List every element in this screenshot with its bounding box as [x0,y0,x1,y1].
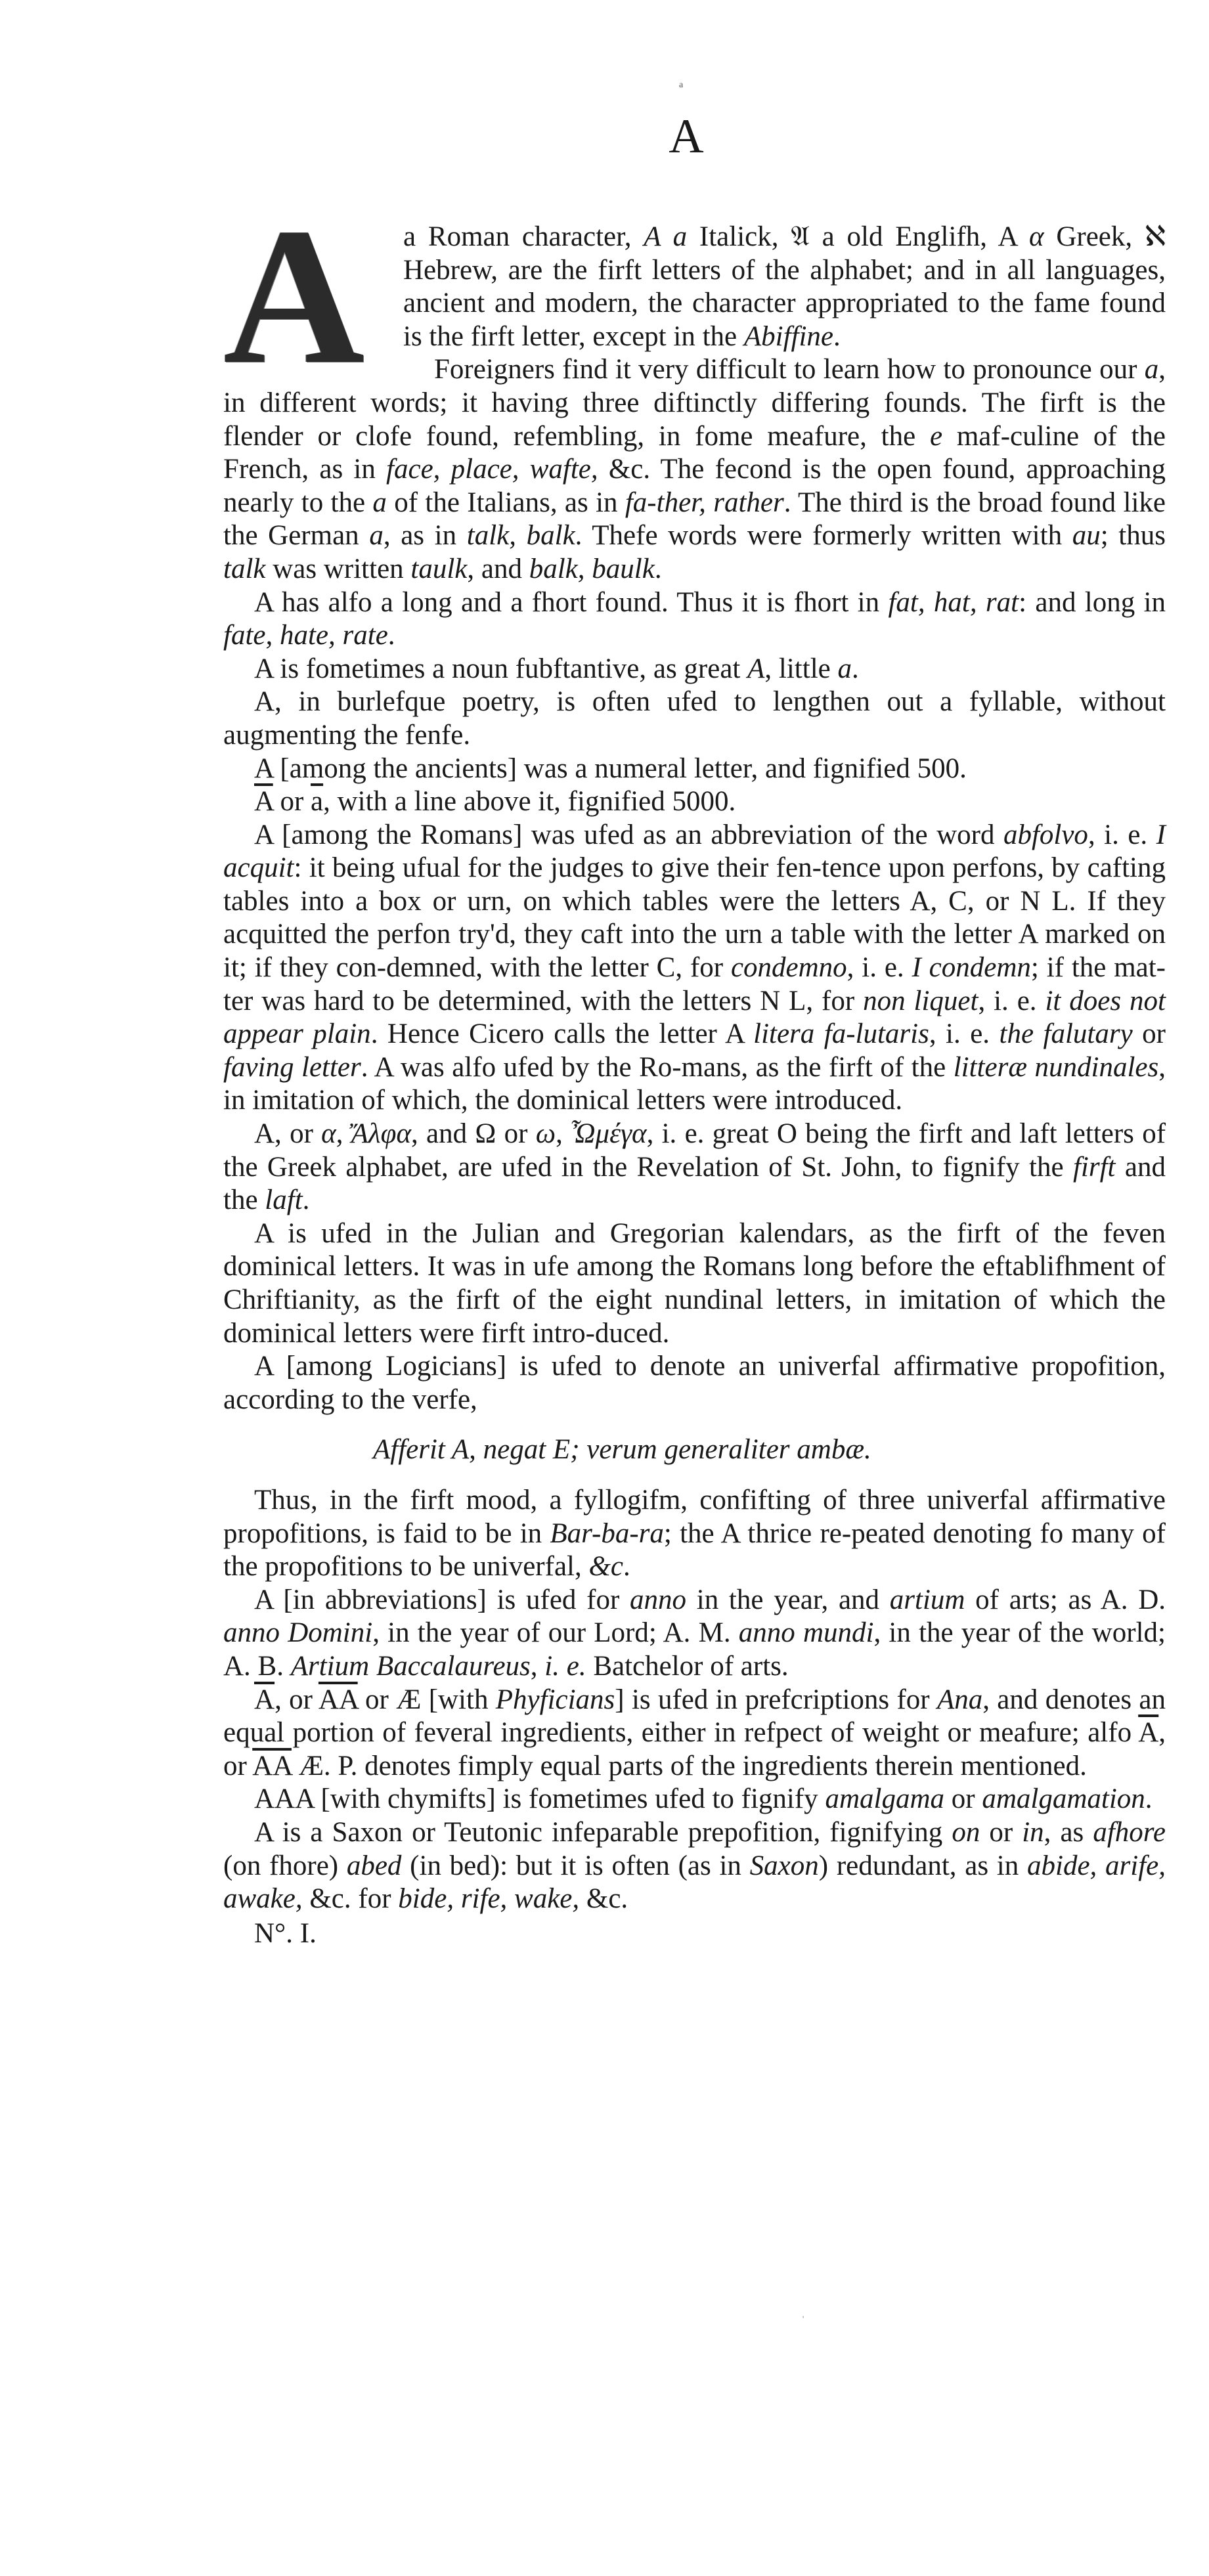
italic-term: &c [588,1551,623,1582]
italic-term: Ana [937,1684,982,1715]
text-run: AA [319,1684,358,1715]
text-run: A [254,786,273,817]
italic-term: fat, hat, rat [888,587,1019,618]
text-run: of the Italians, as in [387,487,625,518]
italic-term: faving letter [223,1052,361,1083]
italic-term: talk, balk [467,520,575,551]
text-run: A, in burlefque poetry, is often ufed to… [223,686,1166,751]
text-run: Batchelor of arts. [586,1651,789,1682]
entry-paragraph-abbreviations: A [in abbreviations] is ufed for anno in… [223,1584,1166,1684]
text-run: (on fhore) [223,1850,347,1881]
italic-term: abed [347,1850,402,1881]
text-run: Foreigners find it very difficult to lea… [434,354,1145,385]
text-run: . [388,620,395,651]
italic-term: on [952,1817,980,1848]
text-run: , and Ω or [411,1118,536,1149]
text-run: . [852,653,859,684]
text-run: A, or [254,1118,321,1149]
text-run: , [531,1651,545,1682]
text-run: A [254,1684,275,1715]
text-run: E; [546,1434,586,1465]
text-run: A [among the Romans] was ufed as an abbr… [254,819,1003,850]
text-run: or [1133,1018,1166,1049]
text-run: Italick, [687,221,791,252]
text-run: , or [275,1684,319,1715]
text-run: . [864,1434,871,1465]
text-run: . Hence Cicero calls the letter A [371,1018,753,1049]
text-run: . [623,1551,630,1582]
text-run: . [833,321,841,352]
page-heading: A [0,110,1209,163]
entry-paragraph-saxon: A is a Saxon or Teutonic infeparable pre… [223,1816,1166,1916]
entry-paragraph-physicians: A, or AA or Æ [with Phyficians] is ufed … [223,1684,1166,1783]
entry-paragraph-logicians: A [among Logicians] is ufed to denote an… [223,1350,1166,1416]
italic-term: a [837,653,852,684]
italic-term: condemno [731,952,847,983]
italic-term: balk, baulk [529,554,655,584]
italic-term: amalgama [825,1783,944,1814]
text-run: was written [265,554,410,584]
text-run: or Æ [with [358,1684,496,1715]
text-run: &c. for [303,1883,399,1914]
text-run: A [in abbreviations] is ufed for [254,1584,630,1615]
entry-paragraph-numeral: A [among the ancients] was a numeral let… [223,753,1166,786]
text-run: A is ufed in the Julian and Gregorian ka… [223,1218,1166,1349]
italic-term: au [1072,520,1101,551]
text-run: ; thus [1101,520,1166,551]
italic-term: taulk [410,554,467,584]
italic-term: laft [265,1185,302,1215]
text-run: , i. e. [929,1018,1000,1049]
italic-term: negat [483,1434,546,1465]
text-run: , i. e. [978,986,1045,1016]
text-run: . [1145,1783,1153,1814]
italic-term: Phyficians [496,1684,615,1715]
text-run: . [303,1185,310,1215]
text-run: : and long in [1019,587,1166,618]
italic-term: the falutary [1000,1018,1133,1049]
italic-term: Ἄλφα [351,1118,411,1149]
dictionary-column: A a Roman character, A a Italick, 𝔄 a ol… [223,221,1166,1950]
text-run: A [1138,1717,1158,1748]
text-run: . A was alfo ufed by the Ro-mans, as the… [361,1052,954,1083]
italic-term: Saxon [750,1850,819,1881]
italic-term: A a [644,221,687,252]
text-run: A [among the ancients] was a numeral let… [254,753,967,784]
text-run: , little [764,653,837,684]
signature-mark: a [679,80,683,91]
text-run: of arts; as A. D. [965,1584,1166,1615]
italic-term: Afferit [373,1434,445,1465]
footer-mark: ' [802,2314,804,2324]
italic-term: abfolvo [1003,819,1088,850]
italic-term: e [930,421,942,452]
text-run: , i. e. [1088,819,1156,850]
italic-term: anno [630,1584,686,1615]
text-run: ) redundant, as in [819,1850,1027,1881]
italic-term: Ὦμέγα [571,1118,646,1149]
italic-term: α [321,1118,336,1149]
text-run: , i. e. [847,952,912,983]
entry-paragraph-chymists: AAA [with chymifts] is fometimes ufed to… [223,1783,1166,1816]
italic-term: I condemn [912,952,1031,983]
text-run: A is a Saxon or Teutonic infeparable pre… [254,1817,952,1848]
italic-term: a [1145,354,1159,385]
text-run: , with a line above it, fignified 5000. [323,786,736,817]
italic-term: Artium Baccalaureus [291,1651,531,1682]
entries: a Roman character, A a Italick, 𝔄 a old … [223,221,1166,1916]
italic-term: a [372,487,387,518]
text-run: A, [445,1434,483,1465]
text-run: , [336,1118,351,1149]
italic-term: verum generaliter ambæ [586,1434,864,1465]
italic-term: litera fa-lutaris [753,1018,929,1049]
italic-term: litteræ nundinales [954,1052,1159,1083]
text-run: , in the year of our Lord; A. M. [372,1617,739,1648]
text-run: . [655,554,662,584]
drop-cap-letter: A [223,223,387,376]
text-run: a Roman character, [403,221,644,252]
italic-term: artium [890,1584,965,1615]
italic-term: Bar-ba-ra [550,1518,664,1549]
text-run: &c. [579,1883,628,1914]
italic-term: bide, rife, wake, [398,1883,579,1914]
entry-paragraph-romans: A [among the Romans] was ufed as an abbr… [223,819,1166,1118]
text-run: Æ. P. denotes fimply equal parts of the … [292,1751,1087,1781]
text-run: , as [1044,1817,1093,1848]
italic-term: anno mundi [739,1617,874,1648]
text-run: , as in [384,520,467,551]
text-run: in the year, and [686,1584,890,1615]
text-run: A is fometimes a noun fubftantive, as gr… [254,653,747,684]
italic-term: A [747,653,764,684]
italic-term: talk [223,554,265,584]
text-run: ] is ufed in prefcriptions for [615,1684,937,1715]
italic-term: α [1029,221,1044,252]
italic-term: amalgamation [982,1783,1145,1814]
text-run: a [311,786,323,817]
text-run: A [among Logicians] is ufed to denote an… [223,1351,1166,1415]
italic-term: afhore [1093,1817,1166,1848]
entry-paragraph-kalendars: A is ufed in the Julian and Gregorian ka… [223,1217,1166,1350]
italic-term: face, place, wafte, [386,454,598,485]
entry-paragraph-syllogism: Thus, in the firft mood, a fyllogifm, co… [223,1484,1166,1584]
text-run: or [273,786,311,817]
italic-term: anno Domini [223,1617,372,1648]
text-run: AAA [with chymifts] is fometimes ufed to… [254,1783,825,1814]
text-run: , [556,1118,571,1149]
italic-term: fa-ther, rather [625,487,784,518]
verse-quotation: Afferit A, negat E; verum generaliter am… [223,1433,1166,1467]
entry-paragraph-noun: A is fometimes a noun fubftantive, as gr… [223,653,1166,686]
italic-term: a [369,520,384,551]
text-run: 𝔄 a [791,221,834,252]
entry-paragraph-pronunciation: Foreigners find it very difficult to lea… [223,353,1166,586]
italic-term: non liquet [863,986,978,1016]
italic-term: in [1022,1817,1044,1848]
italic-term: fate, hate, rate [223,620,388,651]
text-run: A has alfo a long and a fhort found. Thu… [254,587,888,618]
italic-term: i. e. [544,1651,586,1682]
entry-paragraph-long-short: A has alfo a long and a fhort found. Thu… [223,586,1166,653]
italic-term: Abiffine [744,321,833,352]
text-run: , and [467,554,529,584]
italic-term: ω [536,1118,556,1149]
text-run: or [980,1817,1022,1848]
text-run: AA [252,1751,292,1781]
text-run: old Englifh, A [835,221,1029,252]
text-run: . Thefe words were formerly written with [575,520,1072,551]
page-number-signature: N°. I. [223,1917,1166,1951]
text-run: or [944,1783,982,1814]
entry-paragraph-greek: A, or α, Ἄλφα, and Ω or ω, Ὦμέγα, i. e. … [223,1118,1166,1217]
entry-paragraph-burlesque: A, in burlefque poetry, is often ufed to… [223,686,1166,752]
text-run: (in bed): but it is often (as in [401,1850,749,1881]
italic-term: firft [1073,1152,1116,1183]
entry-paragraph-numeral-line: A or a, with a line above it, fignified … [223,785,1166,819]
